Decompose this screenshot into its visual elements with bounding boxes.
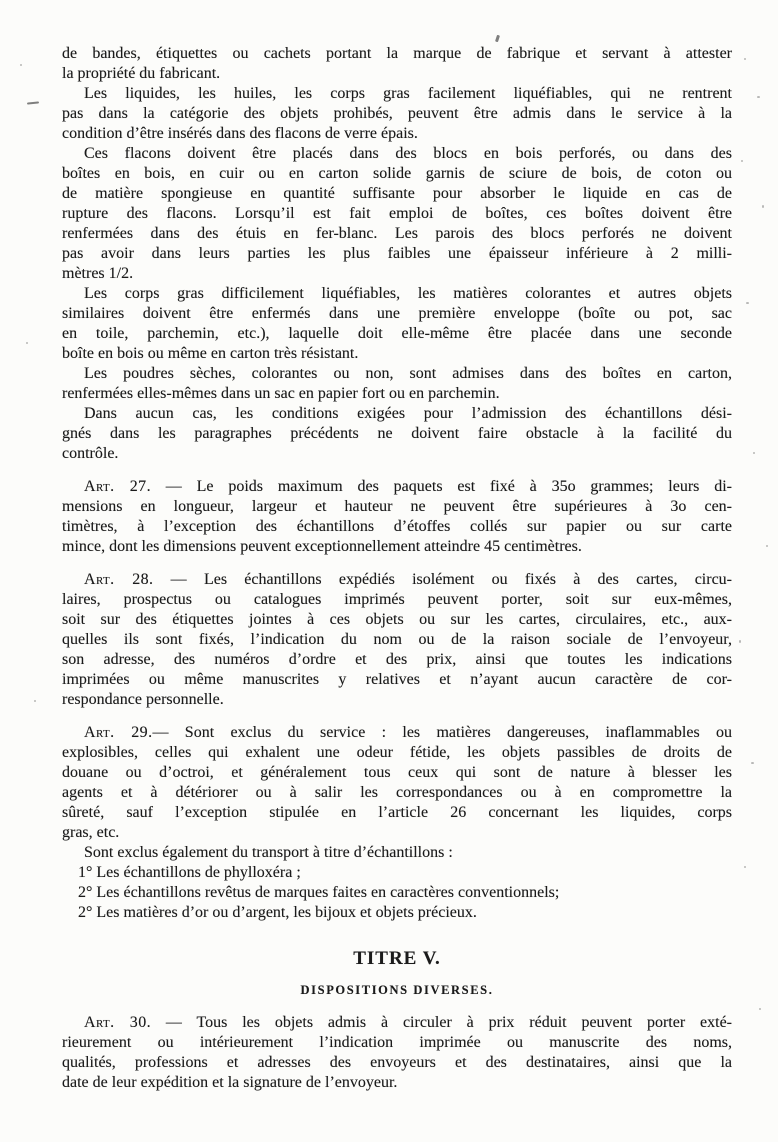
text-line: mensions en longueur, largeur et hauteur… — [62, 497, 732, 517]
text-line: en toile, parchemin, etc.), laquelle doi… — [62, 324, 732, 344]
text-line: Les corps gras difficilement liquéfiable… — [62, 284, 732, 304]
text-line: la propriété du fabricant. — [62, 64, 732, 84]
text-line: qualités, professions et adresses des en… — [62, 1053, 732, 1073]
scan-speckle — [751, 762, 754, 764]
text-line: gras, etc. — [62, 823, 732, 843]
text-line: rupture des flacons. Lorsqu’il est fait … — [62, 204, 732, 224]
article-29: Art. 29.— Sont exclus du service : les m… — [62, 723, 732, 843]
text-line: mince, dont les dimensions peuvent excep… — [62, 537, 732, 557]
text-line: de bandes, étiquettes ou cachets portant… — [62, 44, 732, 64]
text-line: gnés dans les paragraphes précédents ne … — [62, 424, 732, 444]
text-line: pas dans la catégorie des objets prohibé… — [62, 104, 732, 124]
text-line: laires, prospectus ou catalogues imprimé… — [62, 590, 732, 610]
list-item: 2° Les matières d’or ou d’argent, les bi… — [62, 903, 732, 923]
scan-speckle — [741, 160, 743, 162]
scan-speckle — [26, 342, 28, 344]
text-line: agents et à détériorer ou à salir les co… — [62, 783, 732, 803]
text-line: de matière spongieuse en quantité suffis… — [62, 184, 732, 204]
scan-speckle — [739, 640, 741, 643]
scan-speckle — [744, 866, 746, 868]
text-line: son adresse, des numéros d’ordre et des … — [62, 650, 732, 670]
text-column: de bandes, étiquettes ou cachets portant… — [62, 44, 732, 1093]
text-line: similaires doivent être enfermés dans un… — [62, 304, 732, 324]
article-28: Art. 28. — Les échantillons expédiés iso… — [62, 570, 732, 710]
para-poudres: Les poudres sèches, colorantes ou non, s… — [62, 364, 732, 404]
text-line: douane ou d’octroi, et généralement tous… — [62, 763, 732, 783]
text-line: Art. 30. — Tous les objets admis à circu… — [62, 1013, 732, 1033]
text-line: timètres, à l’exception des échantillons… — [62, 517, 732, 537]
ink-tick-mark — [495, 35, 500, 43]
article-label: Art. 30. — [84, 1014, 151, 1031]
text-line: pas avoir dans leurs parties les plus fa… — [62, 244, 732, 264]
text-line: boîtes en bois, en cuir ou en carton sol… — [62, 164, 732, 184]
scan-speckle — [746, 302, 749, 304]
titre-v-heading: TITRE V. — [62, 949, 732, 969]
para-flacons: Ces flacons doivent être placés dans des… — [62, 144, 732, 284]
text-line: quelles ils sont fixés, l’indication du … — [62, 630, 732, 650]
scan-speckle — [20, 64, 22, 66]
text-line: Art. 27. — Le poids maximum des paquets … — [62, 477, 732, 497]
dispositions-subheading: DISPOSITIONS DIVERSES. — [62, 980, 732, 1000]
text-line: soit sur des étiquettes jointes à ces ob… — [62, 610, 732, 630]
text-line: Dans aucun cas, les conditions exigées p… — [62, 404, 732, 424]
para-liquides: Les liquides, les huiles, les corps gras… — [62, 84, 732, 144]
text-line: renfermées elles-mêmes dans un sac en pa… — [62, 384, 732, 404]
text-line: imprimées ou même manuscrites y relative… — [62, 670, 732, 690]
article-27: Art. 27. — Le poids maximum des paquets … — [62, 477, 732, 557]
para-corps-gras: Les corps gras difficilement liquéfiable… — [62, 284, 732, 364]
text-line: Les poudres sèches, colorantes ou non, s… — [62, 364, 732, 384]
article-30: Art. 30. — Tous les objets admis à circu… — [62, 1013, 732, 1093]
text-line: Les liquides, les huiles, les corps gras… — [62, 84, 732, 104]
scan-speckle — [766, 545, 768, 547]
margin-dash-mark — [27, 101, 39, 104]
text-line: mètres 1/2. — [62, 264, 732, 284]
text-line: Art. 28. — Les échantillons expédiés iso… — [62, 570, 732, 590]
text-line: date de leur expédition et la signature … — [62, 1073, 732, 1093]
scan-speckle — [757, 96, 760, 98]
text-line: contrôle. — [62, 444, 732, 464]
scan-speckle — [744, 58, 746, 60]
para-exclus-egalement: Sont exclus également du transport à tit… — [62, 843, 732, 863]
scan-speckle — [34, 700, 36, 702]
article-label: Art. 28. — [84, 571, 153, 588]
text-line: boîte en bois ou même en carton très rés… — [62, 344, 732, 364]
scan-speckle — [759, 1008, 761, 1010]
article-label: Art. 27. — [84, 478, 151, 495]
exclusion-list: 1° Les échantillons de phylloxéra ;2° Le… — [62, 863, 732, 923]
list-item: 2° Les échantillons revêtus de marques f… — [62, 883, 732, 903]
para-controle: Dans aucun cas, les conditions exigées p… — [62, 404, 732, 464]
text-line: Art. 29.— Sont exclus du service : les m… — [62, 723, 732, 743]
text-line: explosibles, celles qui exhalent une ode… — [62, 743, 732, 763]
text-line: condition d’être insérés dans des flacon… — [62, 124, 732, 144]
scan-speckle — [762, 205, 764, 208]
text-line: respondance personnelle. — [62, 690, 732, 710]
text-line: renfermées dans des étuis en fer-blanc. … — [62, 224, 732, 244]
text-line: Ces flacons doivent être placés dans des… — [62, 144, 732, 164]
article-label: Art. 29. — [84, 724, 152, 741]
text-line: Sont exclus également du transport à tit… — [62, 843, 732, 863]
text-line: sûreté, sauf l’exception stipulée en l’a… — [62, 803, 732, 823]
para-continuation: de bandes, étiquettes ou cachets portant… — [62, 44, 732, 84]
scan-speckle — [753, 452, 755, 454]
text-line: rieurement ou intérieurement l’indicatio… — [62, 1033, 732, 1053]
list-item: 1° Les échantillons de phylloxéra ; — [62, 863, 732, 883]
scanned-page: de bandes, étiquettes ou cachets portant… — [0, 0, 778, 1142]
